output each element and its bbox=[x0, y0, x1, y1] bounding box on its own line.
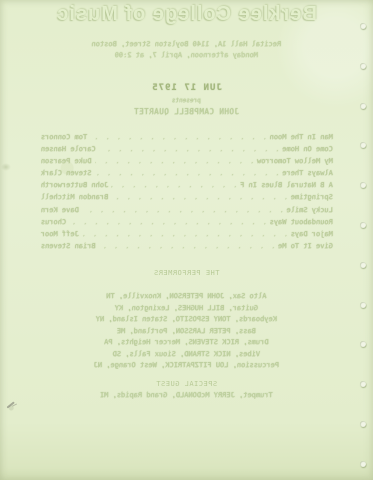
program-title: Lucky Smile bbox=[287, 206, 333, 214]
scanned-program-page: Berklee College of Music Recital Hall 1A… bbox=[0, 0, 373, 480]
program-title: Roundabout Ways bbox=[270, 218, 333, 226]
program-performer: Carole Hansen bbox=[41, 145, 96, 153]
personnel-line: Vibes, NICK STRAND, Sioux Falls, SD bbox=[0, 350, 373, 362]
personnel-line: Guitar, BILL HUGHES, Lexington, KY bbox=[0, 304, 373, 316]
special-guest-line: Trumpet, JERRY McDONALD, Grand Rapids, M… bbox=[0, 391, 373, 399]
program-title: Always There bbox=[282, 169, 333, 177]
binder-hole bbox=[360, 63, 366, 69]
program-title: A B Natural Blues In F bbox=[240, 181, 333, 189]
program-performer: Jeff Moor bbox=[41, 230, 79, 238]
program-title: Give It To Me bbox=[278, 242, 333, 250]
program-row: Lucky Smile. . . . . . . . . . . . . . .… bbox=[41, 206, 333, 218]
personnel-line: Drums, RICK STEVENS, Mercer Heights, PA bbox=[0, 338, 373, 350]
personnel-line: Bass, PETER LARSSON, Portland, ME bbox=[0, 327, 373, 339]
program-row: A B Natural Blues In F. . . . . . . . . … bbox=[41, 181, 333, 193]
performer-name: JOHN CAMPBELL QUARTET bbox=[0, 107, 373, 116]
binder-hole bbox=[360, 461, 366, 467]
dot-leader: . . . . . . . . . . . . . . . . . . . . … bbox=[82, 231, 288, 238]
program-row: Roundabout Ways. . . . . . . . . . . . .… bbox=[41, 218, 333, 230]
program-performer: Brandon Mitchell bbox=[41, 193, 108, 201]
performers-heading: THE PERFORMERS bbox=[0, 269, 373, 277]
date-stamp: JUN 17 1975 bbox=[0, 83, 373, 93]
personnel-line: Alto Sax, JOHN PETERSON, Knoxville, TN bbox=[0, 292, 373, 304]
masthead-title: Berklee College of Music bbox=[0, 3, 373, 26]
dot-leader: . . . . . . . . . . . . . . . . . . . . … bbox=[69, 219, 266, 226]
personnel-list: Alto Sax, JOHN PETERSON, Knoxville, TNGu… bbox=[0, 292, 373, 373]
program-row: My Mellow Tomorrow. . . . . . . . . . . … bbox=[41, 157, 333, 169]
program-title: Come On Home bbox=[282, 145, 333, 153]
program-title: My Mellow Tomorrow bbox=[257, 157, 333, 165]
special-guest-heading: SPECIAL GUEST bbox=[0, 380, 373, 388]
program-performer: Dave Kern bbox=[41, 206, 79, 214]
program-performer: Duke Pearson bbox=[41, 157, 92, 165]
binder-hole bbox=[360, 103, 366, 109]
dot-leader: . . . . . . . . . . . . . . . . . . . . … bbox=[111, 194, 287, 201]
program-title: Springtime bbox=[291, 193, 333, 201]
showthrough-content: Berklee College of Music Recital Hall 1A… bbox=[0, 0, 373, 480]
program-row: Major Days. . . . . . . . . . . . . . . … bbox=[41, 230, 333, 242]
program-title: Man In The Moon bbox=[270, 133, 333, 141]
program-title: Major Days bbox=[291, 230, 333, 238]
binder-hole bbox=[360, 262, 366, 268]
binder-hole bbox=[360, 302, 366, 308]
address-line-1: Recital Hall 1A, 1140 Boylston Street, B… bbox=[0, 40, 373, 48]
program-performer: Brian Stevens bbox=[41, 242, 96, 250]
personnel-line: Percussion, LOU FITZPATRICK, West Orange… bbox=[0, 361, 373, 373]
program-performer: Tom Connors bbox=[41, 133, 87, 141]
binder-hole bbox=[360, 23, 366, 29]
dot-leader: . . . . . . . . . . . . . . . . . . . . … bbox=[82, 207, 284, 214]
personnel-line: Keyboards, TONY ESPOSITO, Staten Island,… bbox=[0, 315, 373, 327]
program-list: Man In The Moon. . . . . . . . . . . . .… bbox=[41, 133, 333, 254]
paper-smudge bbox=[1, 163, 11, 171]
program-performer: Steven Clark bbox=[41, 169, 92, 177]
program-row: Always There. . . . . . . . . . . . . . … bbox=[41, 169, 333, 181]
program-row: Man In The Moon. . . . . . . . . . . . .… bbox=[41, 133, 333, 145]
binder-hole bbox=[360, 421, 366, 427]
dot-leader: . . . . . . . . . . . . . . . . . . . . … bbox=[111, 182, 237, 189]
program-row: Springtime. . . . . . . . . . . . . . . … bbox=[41, 193, 333, 205]
address-line-2: Monday afternoon, April 7, at 2:00 bbox=[0, 51, 373, 59]
binder-hole bbox=[360, 222, 366, 228]
program-performer: Chorus bbox=[41, 218, 66, 226]
presents-label: presents bbox=[0, 97, 373, 104]
dot-leader: . . . . . . . . . . . . . . . . . . . . … bbox=[90, 134, 266, 141]
program-row: Give It To Me. . . . . . . . . . . . . .… bbox=[41, 242, 333, 254]
dot-leader: . . . . . . . . . . . . . . . . . . . . … bbox=[99, 146, 280, 153]
dot-leader: . . . . . . . . . . . . . . . . . . . . … bbox=[95, 170, 280, 177]
program-performer: John Butterworth bbox=[41, 181, 108, 189]
program-row: Come On Home. . . . . . . . . . . . . . … bbox=[41, 145, 333, 157]
dot-leader: . . . . . . . . . . . . . . . . . . . . … bbox=[95, 158, 255, 165]
dot-leader: . . . . . . . . . . . . . . . . . . . . … bbox=[99, 243, 275, 250]
